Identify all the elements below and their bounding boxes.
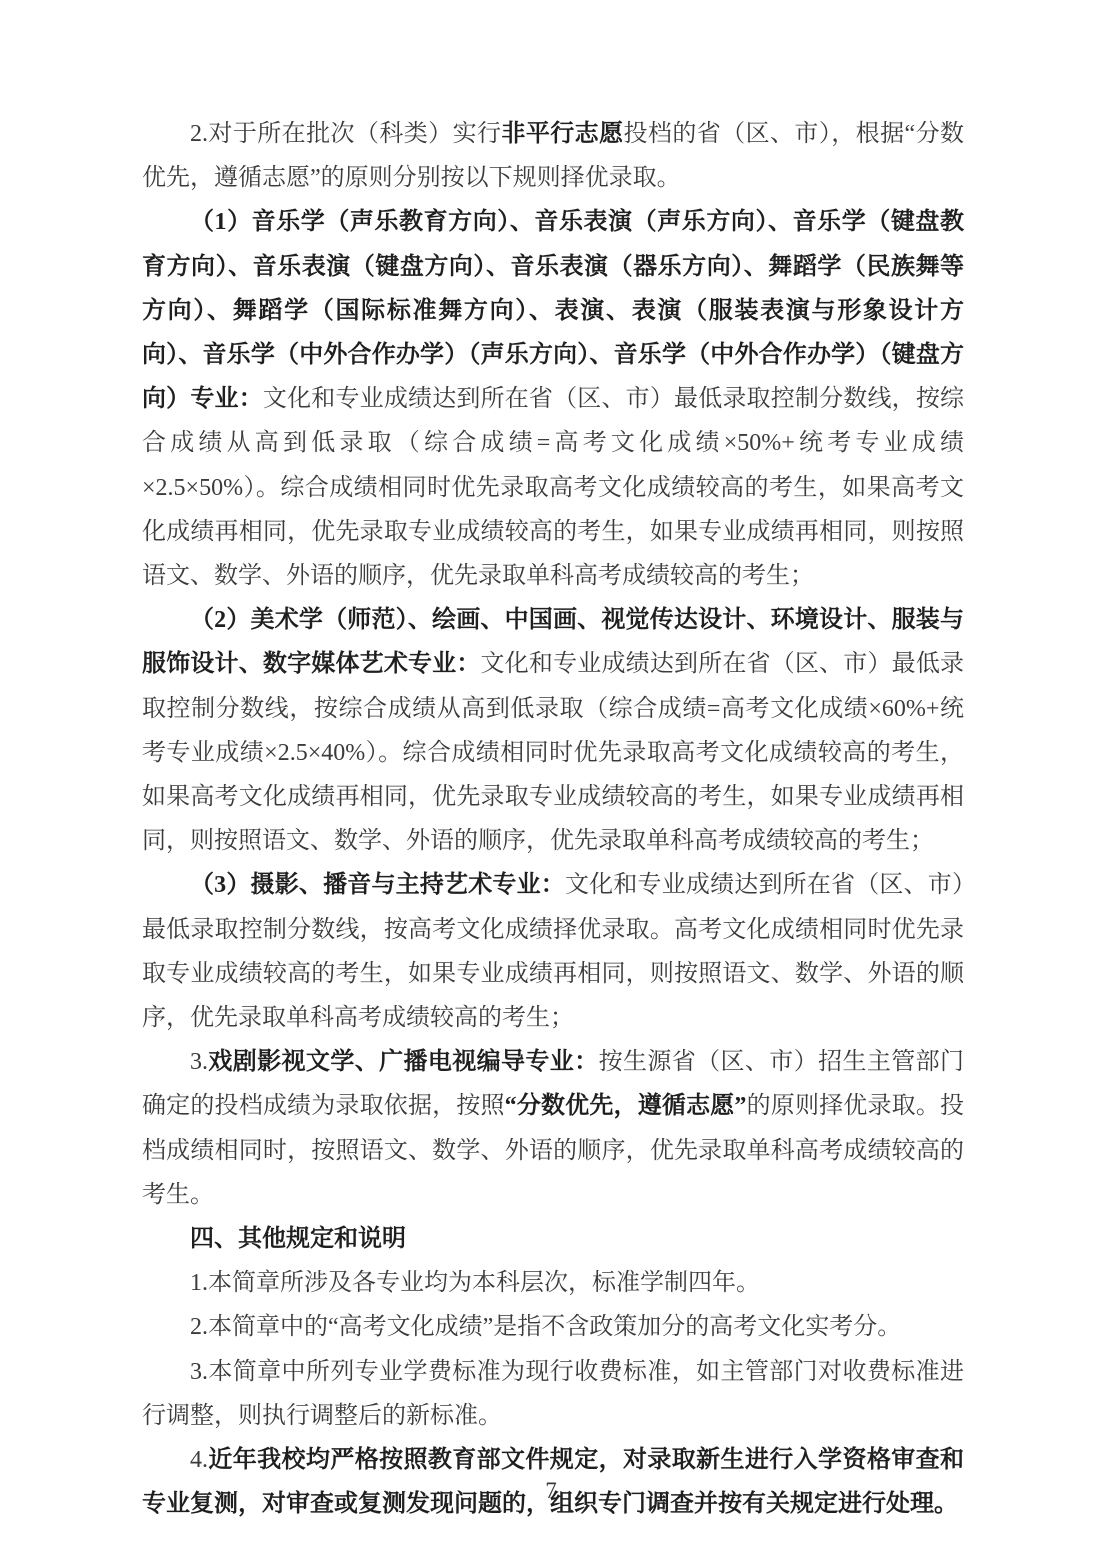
rule-3-drama-tv-directing: 3.戏剧影视文学、广播电视编导专业：按生源省（区、市）招生主管部门确定的投档成绩…: [142, 1040, 964, 1217]
text-run: 2.本简章中的“高考文化成绩”是指不含政策加分的高考文化实考分。: [190, 1314, 901, 1340]
bold-text-run: “分数优先，遵循志愿”: [505, 1093, 747, 1119]
text-run: 文化和专业成绩达到所在省（区、市）最低录取控制分数线，按综合成绩从高到低录取（综…: [142, 386, 964, 589]
bold-text-run: 四、其他规定和说明: [190, 1226, 406, 1252]
rule-2-non-parallel-volunteer: 2.对于所在批次（科类）实行非平行志愿投档的省（区、市），根据“分数优先，遵循志…: [142, 112, 964, 200]
bold-text-run: 戏剧影视文学、广播电视编导专业：: [208, 1049, 599, 1075]
rule-2-item-3-photography-broadcasting: （3）摄影、播音与主持艺术专业：文化和专业成绩达到所在省（区、市）最低录取控制分…: [142, 863, 964, 1040]
text-run: 4.: [190, 1447, 208, 1473]
document-page: 2.对于所在批次（科类）实行非平行志愿投档的省（区、市），根据“分数优先，遵循志…: [0, 0, 1102, 1559]
rule-2-item-2-fine-arts: （2）美术学（师范）、绘画、中国画、视觉传达设计、环境设计、服装与服饰设计、数字…: [142, 598, 964, 863]
page-number: 7: [0, 1478, 1102, 1504]
section-4-other-provisions-heading: 四、其他规定和说明: [142, 1217, 964, 1261]
bold-text-run: （1）音乐学（声乐教育方向）、音乐表演（声乐方向）、音乐学（键盘教育方向）、音乐…: [142, 209, 964, 412]
other-item-3-tuition-standard: 3.本简章中所列专业学费标准为现行收费标准，如主管部门对收费标准进行调整，则执行…: [142, 1350, 964, 1438]
text-run: 3.本简章中所列专业学费标准为现行收费标准，如主管部门对收费标准进行调整，则执行…: [142, 1359, 964, 1429]
other-item-2-gaokao-score-definition: 2.本简章中的“高考文化成绩”是指不含政策加分的高考文化实考分。: [142, 1305, 964, 1349]
document-body: 2.对于所在批次（科类）实行非平行志愿投档的省（区、市），根据“分数优先，遵循志…: [142, 112, 964, 1527]
bold-text-run: （3）摄影、播音与主持艺术专业：: [190, 872, 565, 898]
bold-text-run: 非平行志愿: [501, 121, 623, 147]
other-item-1-undergraduate-level: 1.本简章所涉及各专业均为本科层次，标准学制四年。: [142, 1261, 964, 1305]
text-run: 1.本简章所涉及各专业均为本科层次，标准学制四年。: [190, 1270, 760, 1296]
text-run: 3.: [190, 1049, 208, 1075]
text-run: 文化和专业成绩达到所在省（区、市）最低录取控制分数线，按综合成绩从高到低录取（综…: [142, 651, 964, 854]
rule-2-item-1-music-dance: （1）音乐学（声乐教育方向）、音乐表演（声乐方向）、音乐学（键盘教育方向）、音乐…: [142, 200, 964, 598]
text-run: 2.对于所在批次（科类）实行: [190, 121, 501, 147]
